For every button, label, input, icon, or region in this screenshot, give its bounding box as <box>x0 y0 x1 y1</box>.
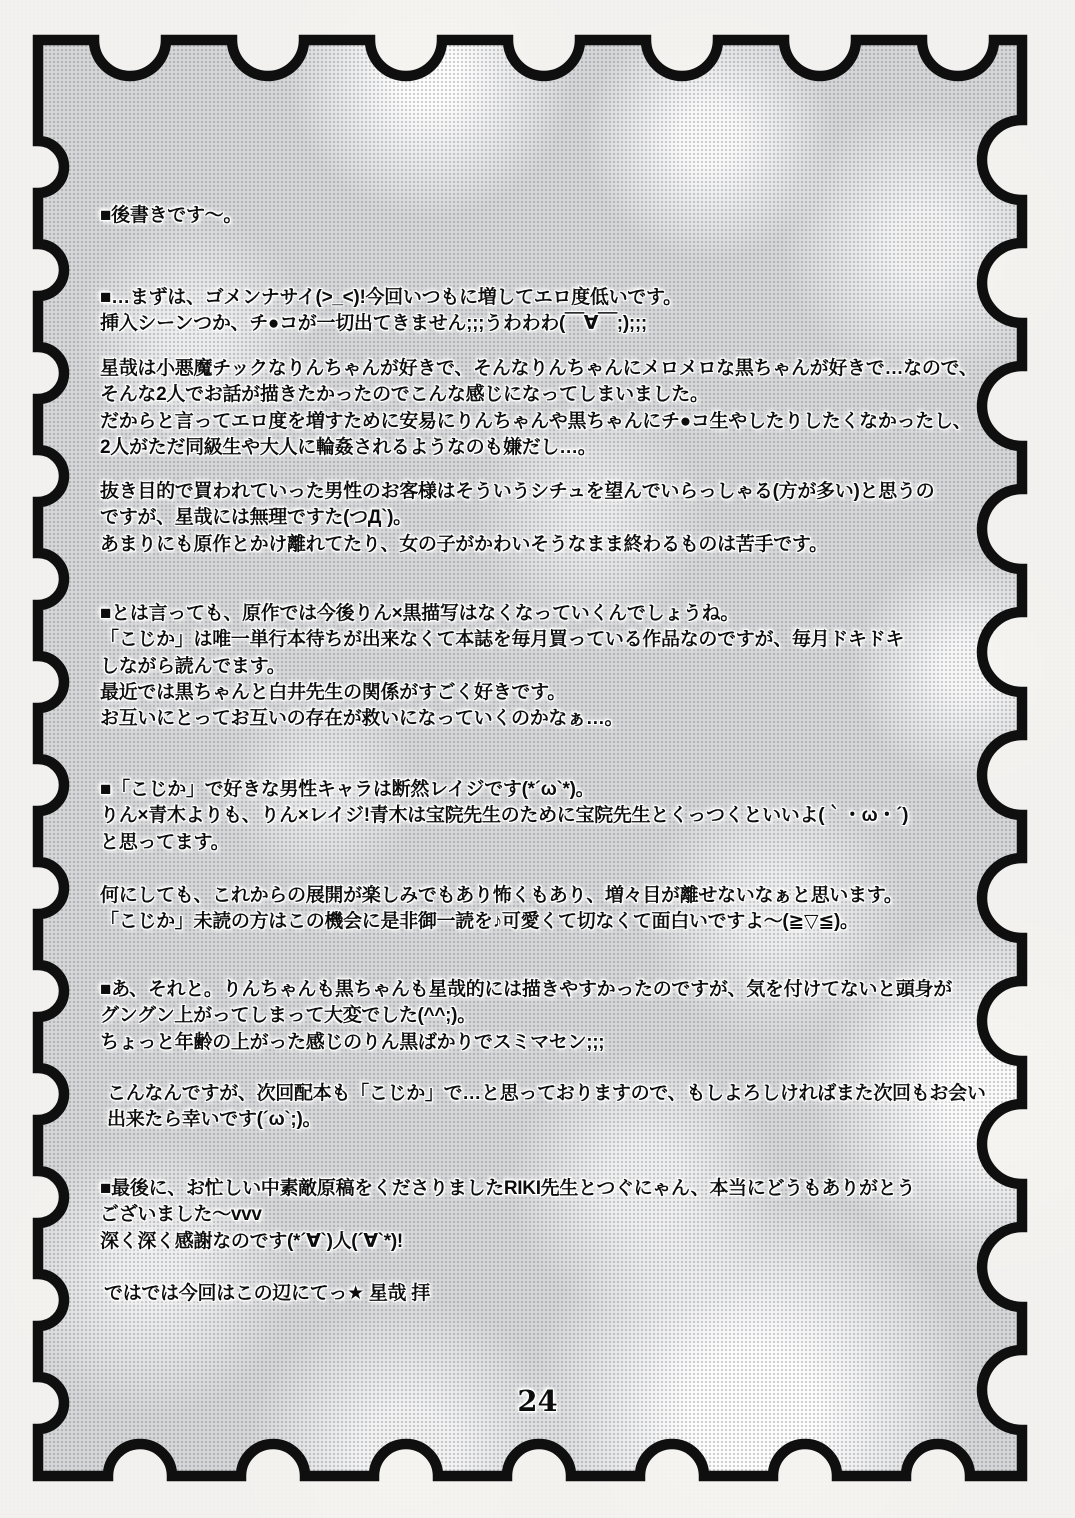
paragraph-next-book: こんなんですが、次回配本も「こじか」で…と思っておりますので、もしよろしければま… <box>107 1081 986 1134</box>
paragraph-thanks: ■最後に、お忙しい中素敵原稿をくださりましたRIKI先生とつぐにゃん、本当にどう… <box>100 1176 915 1255</box>
text-line: りん×青木よりも、りん×レイジ!青木は宝院先生のために宝院先生とくっつくといいよ… <box>100 803 908 829</box>
text-line: 深く深く感謝なのです(*´∀`)人(´∀`*)! <box>100 1229 915 1255</box>
paragraph-favorite-character: ■「こじか」で好きな男性キャラは断然レイジです(*´ω`*)。 りん×青木よりも… <box>100 777 908 856</box>
text-line: と思ってます。 <box>100 830 908 856</box>
text-line: ■「こじか」で好きな男性キャラは断然レイジです(*´ω`*)。 <box>100 777 908 803</box>
text-line: あまりにも原作とかけ離れてたり、女の子がかわいそうなまま終わるものは苦手です。 <box>100 532 934 558</box>
text-line: ■…まずは、ゴメンナサイ(>_<)!今回いつもに増してエロ度低いです。 <box>100 285 682 311</box>
text-line: 何にしても、これからの展開が楽しみでもあり怖くもあり、増々目が離せないなぁと思い… <box>100 883 903 909</box>
afterword-page: ■後書きです～。 ■…まずは、ゴメンナサイ(>_<)!今回いつもに増してエロ度低… <box>0 0 1075 1518</box>
paragraph-customers: 抜き目的で買われていった男性のお客様はそういうシチュを望んでいらっしゃる(方が多… <box>100 479 934 558</box>
text-line: ■最後に、お忙しい中素敵原稿をくださりましたRIKI先生とつぐにゃん、本当にどう… <box>100 1176 915 1202</box>
paragraph-signoff: ではでは今回はこの辺にてっ★ 星哉 拝 <box>104 1281 430 1307</box>
paragraph-drawing-notes: ■あ、それと。りんちゃんも黒ちゃんも星哉的には描きやすかったのですが、気を付けて… <box>100 977 952 1056</box>
text-line: 星哉は小悪魔チックなりんちゃんが好きで、そんなりんちゃんにメロメロな黒ちゃんが好… <box>100 356 978 382</box>
paragraph-recommendation: 何にしても、これからの展開が楽しみでもあり怖くもあり、増々目が離せないなぁと思い… <box>100 883 903 936</box>
text-line: ございました～vvv <box>100 1202 915 1228</box>
text-line: ではでは今回はこの辺にてっ★ 星哉 拝 <box>104 1281 430 1307</box>
text-line: 2人がただ同級生や大人に輪姦されるようなのも嫌だし…。 <box>100 435 978 461</box>
paragraph-greeting: ■後書きです～。 <box>100 203 242 229</box>
text-line: そんな2人でお話が描きたかったのでこんな感じになってしまいました。 <box>100 382 978 408</box>
page-number: 24 <box>517 1384 557 1418</box>
paragraph-apology: ■…まずは、ゴメンナサイ(>_<)!今回いつもに増してエロ度低いです。 挿入シー… <box>100 285 682 338</box>
paragraph-concept: 星哉は小悪魔チックなりんちゃんが好きで、そんなりんちゃんにメロメロな黒ちゃんが好… <box>100 356 978 461</box>
text-line: ■後書きです～。 <box>100 203 242 229</box>
text-line: ですが、星哉には無理ですた(つД`)。 <box>100 505 934 531</box>
paragraph-original-work: ■とは言っても、原作では今後りん×黒描写はなくなっていくんでしょうね。 「こじか… <box>100 601 904 732</box>
text-line: ■あ、それと。りんちゃんも黒ちゃんも星哉的には描きやすかったのですが、気を付けて… <box>100 977 952 1003</box>
text-line: 「こじか」未読の方はこの機会に是非御一読を♪可愛くて切なくて面白いですよ～(≧▽… <box>100 909 903 935</box>
text-line: 出来たら幸いです(´ω`;)。 <box>107 1107 986 1133</box>
text-line: お互いにとってお互いの存在が救いになっていくのかなぁ…。 <box>100 706 904 732</box>
text-line: 「こじか」は唯一単行本待ちが出来なくて本誌を毎月買っている作品なのですが、毎月ド… <box>100 627 904 653</box>
text-line: 挿入シーンつか、チ●コが一切出てきません;;;うわわわ(￣∀￣;);;; <box>100 311 682 337</box>
text-line: 抜き目的で買われていった男性のお客様はそういうシチュを望んでいらっしゃる(方が多… <box>100 479 934 505</box>
text-line: グングン上がってしまって大変でした(^^;)。 <box>100 1003 952 1029</box>
afterword-text: ■後書きです～。 ■…まずは、ゴメンナサイ(>_<)!今回いつもに増してエロ度低… <box>0 0 1075 1518</box>
text-line: 最近では黒ちゃんと白井先生の関係がすごく好きです。 <box>100 680 904 706</box>
text-line: ちょっと年齢の上がった感じのりん黒ばかりでスミマセン;;; <box>100 1030 952 1056</box>
text-line: こんなんですが、次回配本も「こじか」で…と思っておりますので、もしよろしければま… <box>107 1081 986 1107</box>
text-line: しながら読んでます。 <box>100 654 904 680</box>
text-line: だからと言ってエロ度を増すために安易にりんちゃんや黒ちゃんにチ●コ生やしたりした… <box>100 409 978 435</box>
text-line: ■とは言っても、原作では今後りん×黒描写はなくなっていくんでしょうね。 <box>100 601 904 627</box>
